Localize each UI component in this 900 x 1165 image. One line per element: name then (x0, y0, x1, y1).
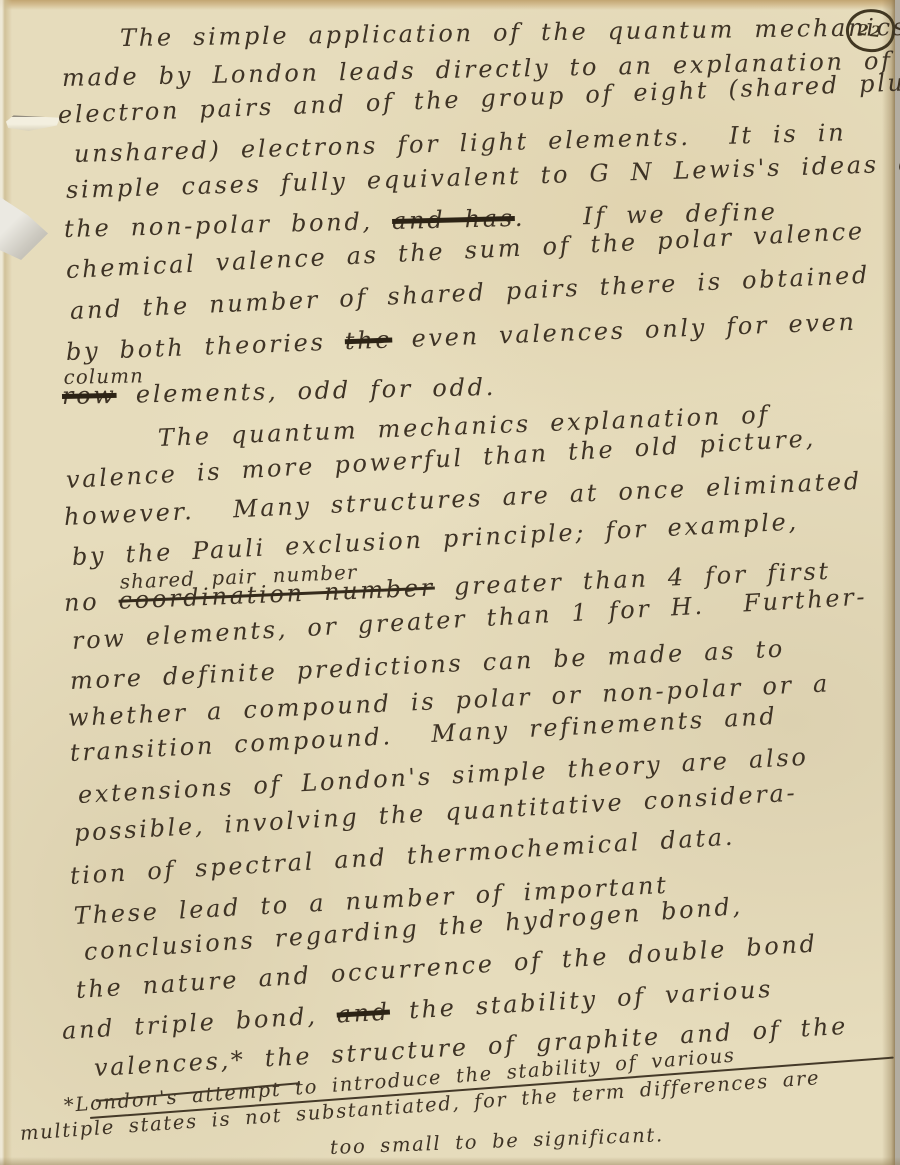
footnote-line-3: too small to be significant. (330, 1123, 665, 1159)
handwritten-text: The simple application of the quantum me… (120, 13, 900, 52)
handwritten-text: by both theories (65, 327, 345, 366)
handwritten-text: too small to be significant. (330, 1123, 665, 1159)
struck-out-text: and (336, 998, 391, 1029)
handwritten-text: and triple bond, (61, 1001, 337, 1045)
handwritten-text: the stability of various (389, 975, 774, 1026)
paper-edge-bottom (0, 1157, 900, 1165)
inserted-word: column (63, 364, 144, 389)
manuscript-page: 22 The simple application of the quantum… (0, 0, 900, 1165)
struck-out-text: the (344, 325, 392, 355)
handwritten-line-10: columnrow elements, odd for odd. (62, 373, 497, 410)
handwritten-text: no (63, 587, 119, 617)
handwritten-text: the non-polar bond, (64, 207, 393, 243)
handwritten-text: even valences only for even (392, 308, 857, 354)
paper-tear-slit (6, 114, 60, 131)
struck-out-text: and has (392, 204, 515, 235)
correction-group: columnrow (62, 381, 117, 410)
handwritten-text: elements, odd for odd. (116, 373, 496, 409)
paper-edge-left (0, 0, 12, 1165)
handwritten-line-1: The simple application of the quantum me… (120, 13, 900, 52)
paper-edge-top (0, 0, 900, 10)
